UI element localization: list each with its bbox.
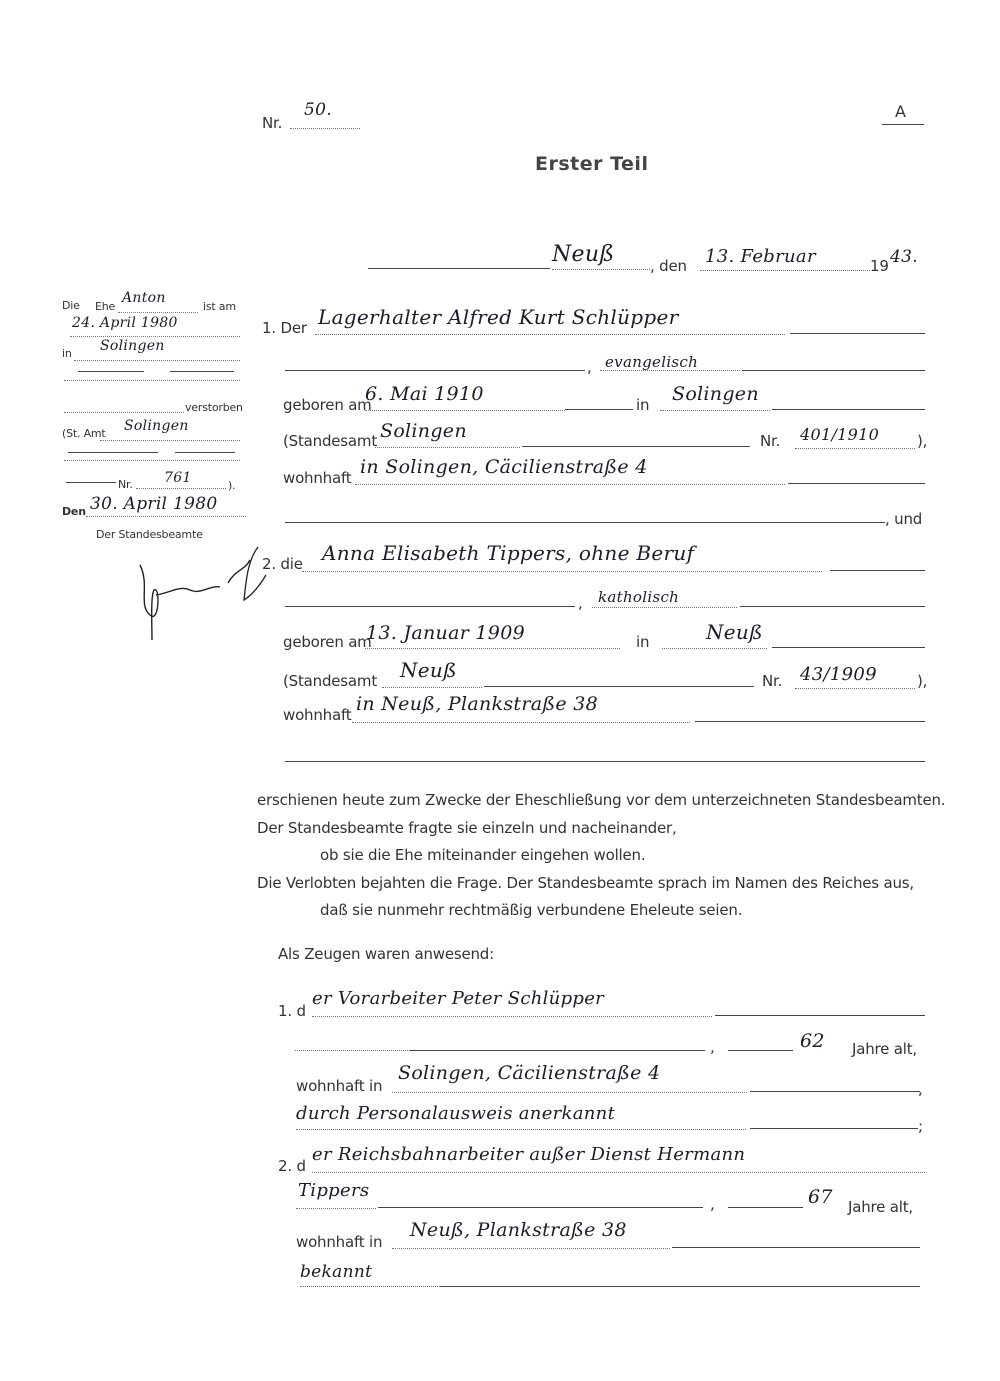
bride-religion-line: [740, 606, 925, 607]
witness-1-label: 1. d: [278, 1002, 306, 1020]
bride-born-date: 13. Januar 1909: [366, 622, 525, 644]
groom-born-place-dots: [660, 410, 770, 411]
witness-1-semicolon: ;: [918, 1117, 923, 1135]
groom-residence-line: [788, 483, 925, 484]
witness-1-occupation-dots: [295, 1050, 410, 1051]
groom-registry-close: ),: [917, 432, 927, 450]
witness-2-comma: ,: [710, 1195, 715, 1213]
margin-dots: [136, 488, 226, 489]
bride-registry-nr: 43/1909: [800, 664, 877, 685]
bride-registry-dots: [382, 687, 482, 688]
groom-und: , und: [885, 510, 922, 528]
groom-residence-line-2: [285, 522, 885, 523]
margin-dots: [64, 412, 184, 413]
witness-2-age-line: [728, 1207, 803, 1208]
form-letter: A: [895, 102, 906, 121]
place-line: [368, 268, 550, 269]
groom-occupation-line: [285, 370, 585, 371]
groom-registry-label: (Standesamt: [283, 432, 377, 450]
witness-1-name: er Vorarbeiter Peter Schlüpper: [312, 988, 604, 1009]
groom-born-place: Solingen: [672, 383, 759, 405]
nr-label: Nr.: [262, 114, 282, 132]
bride-born-place: Neuß: [706, 620, 763, 644]
witness-1-identified: durch Personalausweis anerkannt: [296, 1103, 615, 1124]
witness-2-occupation-dots: [296, 1208, 376, 1209]
groom-registry-dots: [375, 447, 520, 448]
year-suffix: 43.: [890, 247, 918, 267]
bride-registry-nr-label: Nr.: [762, 672, 782, 690]
bride-comma: ,: [578, 594, 583, 612]
groom-registry-nr: 401/1910: [800, 425, 879, 444]
body-line-3: ob sie die Ehe miteinander eingehen woll…: [320, 846, 645, 864]
witness-2-name-cont: Tippers: [298, 1180, 369, 1201]
margin-dots: [70, 336, 240, 337]
witness-1-residence: Solingen, Cäcilienstraße 4: [398, 1062, 660, 1084]
bride-registry-nr-dots: [795, 688, 915, 689]
margin-die-label: Die: [62, 299, 80, 312]
margin-den-label: Den: [62, 505, 86, 518]
witness-1-name-line: [715, 1015, 925, 1016]
margin-st-amt-label: (St. Amt: [62, 427, 106, 440]
groom-registry-value: Solingen: [380, 420, 467, 442]
groom-religion-dots: [600, 370, 740, 371]
bride-label: 2. die: [262, 555, 303, 573]
date-value: 13. Februar: [705, 246, 816, 267]
bride-name-dots: [302, 571, 822, 572]
margin-ist-am-label: ist am: [203, 300, 236, 313]
nr-dotted-line: [290, 128, 360, 129]
margin-official-label: Der Standesbeamte: [96, 528, 203, 541]
witness-2-age-suffix: Jahre alt,: [848, 1198, 913, 1216]
witness-1-identified-line: [750, 1128, 918, 1129]
bride-registry-line: [484, 686, 754, 687]
witness-1-occupation-line: [410, 1050, 705, 1051]
bride-residence-line: [695, 721, 925, 722]
witness-2-age: 67: [808, 1186, 833, 1208]
witness-2-identified-line: [440, 1286, 920, 1287]
bride-in-label: in: [636, 633, 649, 651]
margin-dots: [74, 360, 240, 361]
witness-2-name-dots: [312, 1172, 925, 1173]
witness-2-residence-line: [672, 1247, 920, 1248]
groom-born-date-line: [565, 409, 633, 410]
margin-strike: [66, 482, 116, 483]
witness-1-residence-line: [750, 1091, 920, 1092]
body-line-1: erschienen heute zum Zwecke der Eheschli…: [257, 791, 945, 809]
bride-bracket-mark: [240, 545, 270, 605]
form-letter-underline: [882, 124, 924, 125]
margin-strike: [68, 452, 158, 453]
margin-dots: [118, 312, 198, 313]
bride-residence-dots: [352, 722, 690, 723]
groom-name-dots: [315, 334, 785, 335]
groom-religion: evangelisch: [605, 353, 698, 371]
witness-2-residence-dots: [392, 1248, 670, 1249]
den-label: , den: [650, 257, 687, 275]
margin-dots: [100, 440, 240, 441]
margin-nr-label: Nr.: [118, 478, 133, 491]
groom-registry-line: [522, 446, 750, 447]
bride-registry-close: ),: [917, 672, 927, 690]
nr-value: 50.: [304, 100, 332, 120]
witness-1-age: 62: [800, 1030, 825, 1052]
bride-born-date-dots: [365, 648, 620, 649]
bride-registry-value: Neuß: [400, 658, 457, 682]
margin-spouse-value: Anton: [122, 290, 166, 306]
margin-strike: [78, 371, 144, 372]
groom-registry-nr-label: Nr.: [760, 432, 780, 450]
date-dots: [700, 270, 870, 271]
bride-residence-line-2: [285, 761, 925, 762]
witnesses-heading: Als Zeugen waren anwesend:: [278, 945, 494, 963]
margin-strike: [175, 452, 235, 453]
margin-dots: [86, 516, 246, 517]
witness-2-residence-label: wohnhaft in: [296, 1233, 382, 1251]
margin-dots: [64, 380, 240, 381]
groom-born-date-dots: [365, 410, 565, 411]
body-line-5: daß sie nunmehr rechtmäßig verbundene Eh…: [320, 901, 742, 919]
groom-religion-line: [742, 370, 925, 371]
groom-registry-nr-dots: [795, 448, 915, 449]
groom-born-date: 6. Mai 1910: [365, 383, 484, 405]
year-prefix: 19: [870, 257, 889, 275]
groom-residence: in Solingen, Cäcilienstraße 4: [360, 456, 648, 478]
body-line-4: Die Verlobten bejahten die Frage. Der St…: [257, 874, 914, 892]
groom-residence-dots: [355, 484, 785, 485]
bride-religion: katholisch: [598, 588, 679, 606]
witness-2-residence: Neuß, Plankstraße 38: [410, 1219, 627, 1241]
witness-2-name: er Reichsbahnarbeiter außer Dienst Herma…: [312, 1144, 745, 1165]
page-title: Erster Teil: [535, 153, 648, 175]
margin-dots: [64, 460, 240, 461]
groom-comma: ,: [587, 358, 592, 376]
bride-born-place-dots: [662, 648, 767, 649]
groom-label: 1. Der: [262, 319, 307, 337]
margin-verstorben-label: verstorben: [185, 401, 243, 414]
bride-residence: in Neuß, Plankstraße 38: [356, 693, 598, 715]
bride-born-label: geboren am: [283, 633, 372, 651]
witness-2-identified: bekannt: [300, 1262, 372, 1282]
witness-1-age-line: [728, 1050, 793, 1051]
witness-1-residence-dots: [392, 1092, 747, 1093]
witness-1-age-suffix: Jahre alt,: [852, 1040, 917, 1058]
witness-2-label: 2. d: [278, 1157, 306, 1175]
margin-strike: [170, 371, 234, 372]
witness-1-name-dots: [312, 1016, 712, 1017]
witness-1-residence-label: wohnhaft in: [296, 1077, 382, 1095]
bride-registry-label: (Standesamt: [283, 672, 377, 690]
margin-place: Solingen: [100, 338, 165, 354]
witness-1-comma-2: ,: [918, 1080, 923, 1098]
groom-name: Lagerhalter Alfred Kurt Schlüpper: [318, 305, 679, 329]
bride-name-line: [830, 570, 925, 571]
bride-residence-label: wohnhaft: [283, 706, 351, 724]
margin-ehe-label: Ehe: [95, 300, 115, 313]
groom-born-place-line: [772, 409, 925, 410]
bride-occupation-line: [285, 606, 575, 607]
witness-2-occupation-line: [378, 1207, 703, 1208]
place-dots: [552, 269, 650, 270]
groom-in-label: in: [636, 396, 649, 414]
witness-2-identified-dots: [300, 1286, 440, 1287]
margin-den-value: 30. April 1980: [90, 494, 217, 514]
witness-1-comma: ,: [710, 1038, 715, 1056]
margin-st-amt-value: Solingen: [124, 418, 189, 434]
bride-born-place-line: [772, 647, 925, 648]
groom-residence-label: wohnhaft: [283, 469, 351, 487]
bride-religion-dots: [592, 607, 737, 608]
margin-death-date: 24. April 1980: [72, 315, 178, 331]
body-line-2: Der Standesbeamte fragte sie einzeln und…: [257, 819, 677, 837]
margin-nr-close: ).: [228, 479, 235, 492]
margin-in-label: in: [62, 347, 72, 360]
groom-born-label: geboren am: [283, 396, 372, 414]
place-value: Neuß: [552, 242, 614, 267]
bride-name: Anna Elisabeth Tippers, ohne Beruf: [322, 541, 694, 565]
witness-1-identified-dots: [296, 1129, 746, 1130]
groom-name-line: [790, 333, 925, 334]
margin-nr-value: 761: [164, 470, 192, 486]
